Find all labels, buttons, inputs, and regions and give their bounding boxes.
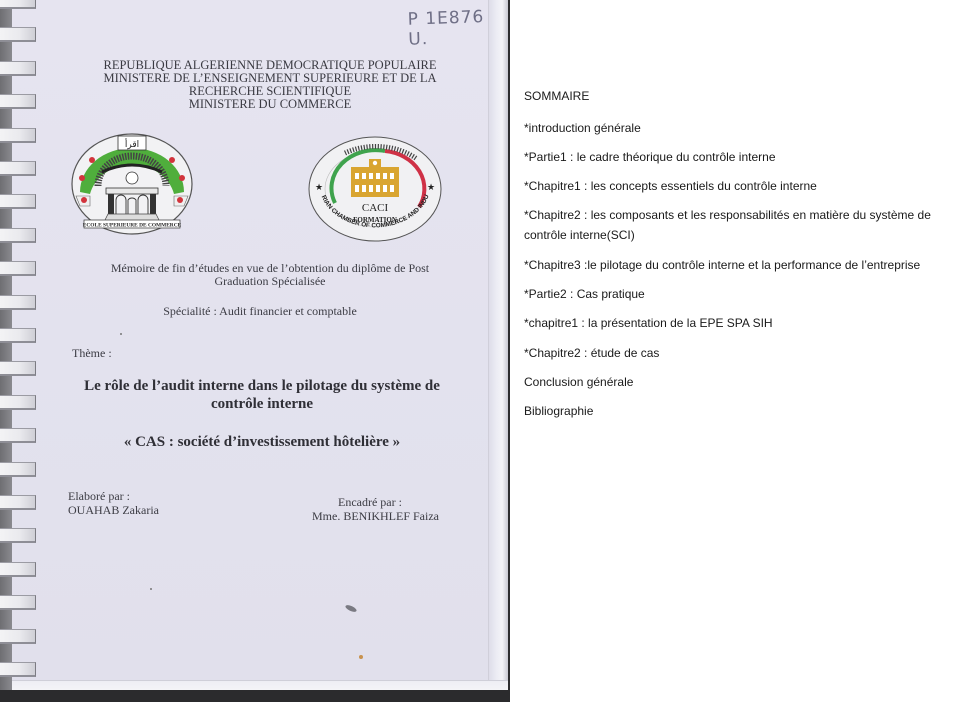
theme-label: Thème : [72,346,112,361]
caci-formation-logo: ★ ★ CACI FORMATION ALGERIAN CHAMBER OF C… [305,133,445,245]
sommaire-title: SOMMAIRE [524,88,944,105]
toc-item-partie2: *Partie2 : Cas pratique [524,284,944,304]
binding-ring [0,128,36,143]
toc-item-conclusion: Conclusion générale [524,372,944,392]
handwritten-reference: P 1E876 U. [407,6,510,50]
binding-ring [0,161,36,176]
binding-ring [0,361,36,376]
header-line-ministere-enseignement: MINISTERE DE L’ENSEIGNEMENT SUPERIEURE E… [70,72,470,85]
toc-item-introduction: *introduction générale [524,118,944,138]
page-bottom-edge [0,680,508,690]
encadre-name: Mme. BENIKHLEF Faiza [312,510,439,523]
binding-ring [0,528,36,543]
binding-ring [0,0,36,9]
svg-text:CACI: CACI [362,202,389,214]
binding-ring [0,261,36,276]
header-line-ministere-commerce: MINISTERE DU COMMERCE [70,98,470,111]
encadre-label: Encadré par : [338,496,402,509]
scan-speck [120,333,122,335]
binding-ring [0,428,36,443]
toc-item-partie2-chapitre1: *chapitre1 : la présentation de la EPE S… [524,313,944,333]
toc-item-bibliographie: Bibliographie [524,401,944,421]
scanned-cover-page: P 1E876 U. REPUBLIQUE ALGERIENNE DEMOCRA… [0,0,510,702]
binding-ring [0,228,36,243]
thesis-title-line-1: Le rôle de l’audit interne dans le pilot… [62,378,462,395]
svg-text:★: ★ [315,182,323,192]
binding-ring [0,462,36,477]
svg-text:★: ★ [427,182,435,192]
binding-ring [0,61,36,76]
scan-speck [359,655,363,659]
binding-ring [0,94,36,109]
toc-item-partie1-chapitre1: *Chapitre1 : les concepts essentiels du … [524,176,944,196]
binding-ring [0,595,36,610]
memoire-line-2: Graduation Spécialisée [70,275,470,288]
binding-ring [0,662,36,677]
case-title: « CAS : société d’investissement hôteliè… [62,434,462,451]
binding-ring [0,295,36,310]
table-of-contents: SOMMAIRE *introduction générale *Partie1… [524,88,944,431]
header-line-republique: REPUBLIQUE ALGERIENNE DEMOCRATIQUE POPUL… [70,59,470,72]
svg-text:ECOLE SUPERIEURE DE COMMERCE: ECOLE SUPERIEURE DE COMMERCE [83,223,182,229]
specialite: Spécialité : Audit financier et comptabl… [60,305,460,318]
binding-ring [0,328,36,343]
binding-ring [0,27,36,42]
binding-ring [0,395,36,410]
scan-speck [150,588,152,590]
page-stack-edge [488,0,508,690]
binding-ring [0,495,36,510]
toc-item-partie1: *Partie1 : le cadre théorique du contrôl… [524,147,944,167]
binding-ring [0,629,36,644]
elabore-name: OUAHAB Zakaria [68,504,159,517]
toc-item-partie1-chapitre3: *Chapitre3 :le pilotage du contrôle inte… [524,255,944,275]
toc-item-partie2-chapitre2: *Chapitre2 : étude de cas [524,343,944,363]
ecole-superieure-de-commerce-logo: اقرأ ECOLE SUPERIEURE DE COMMERCE [70,132,194,236]
scanner-background [0,690,510,702]
binding-ring [0,194,36,209]
svg-text:اقرأ: اقرأ [125,138,139,150]
thesis-title-line-2: contrôle interne [62,396,462,413]
binding-ring [0,562,36,577]
header-line-recherche: RECHERCHE SCIENTIFIQUE [70,85,470,98]
elabore-label: Elaboré par : [68,490,130,503]
toc-item-partie1-chapitre2: *Chapitre2 : les composants et les respo… [524,205,944,245]
